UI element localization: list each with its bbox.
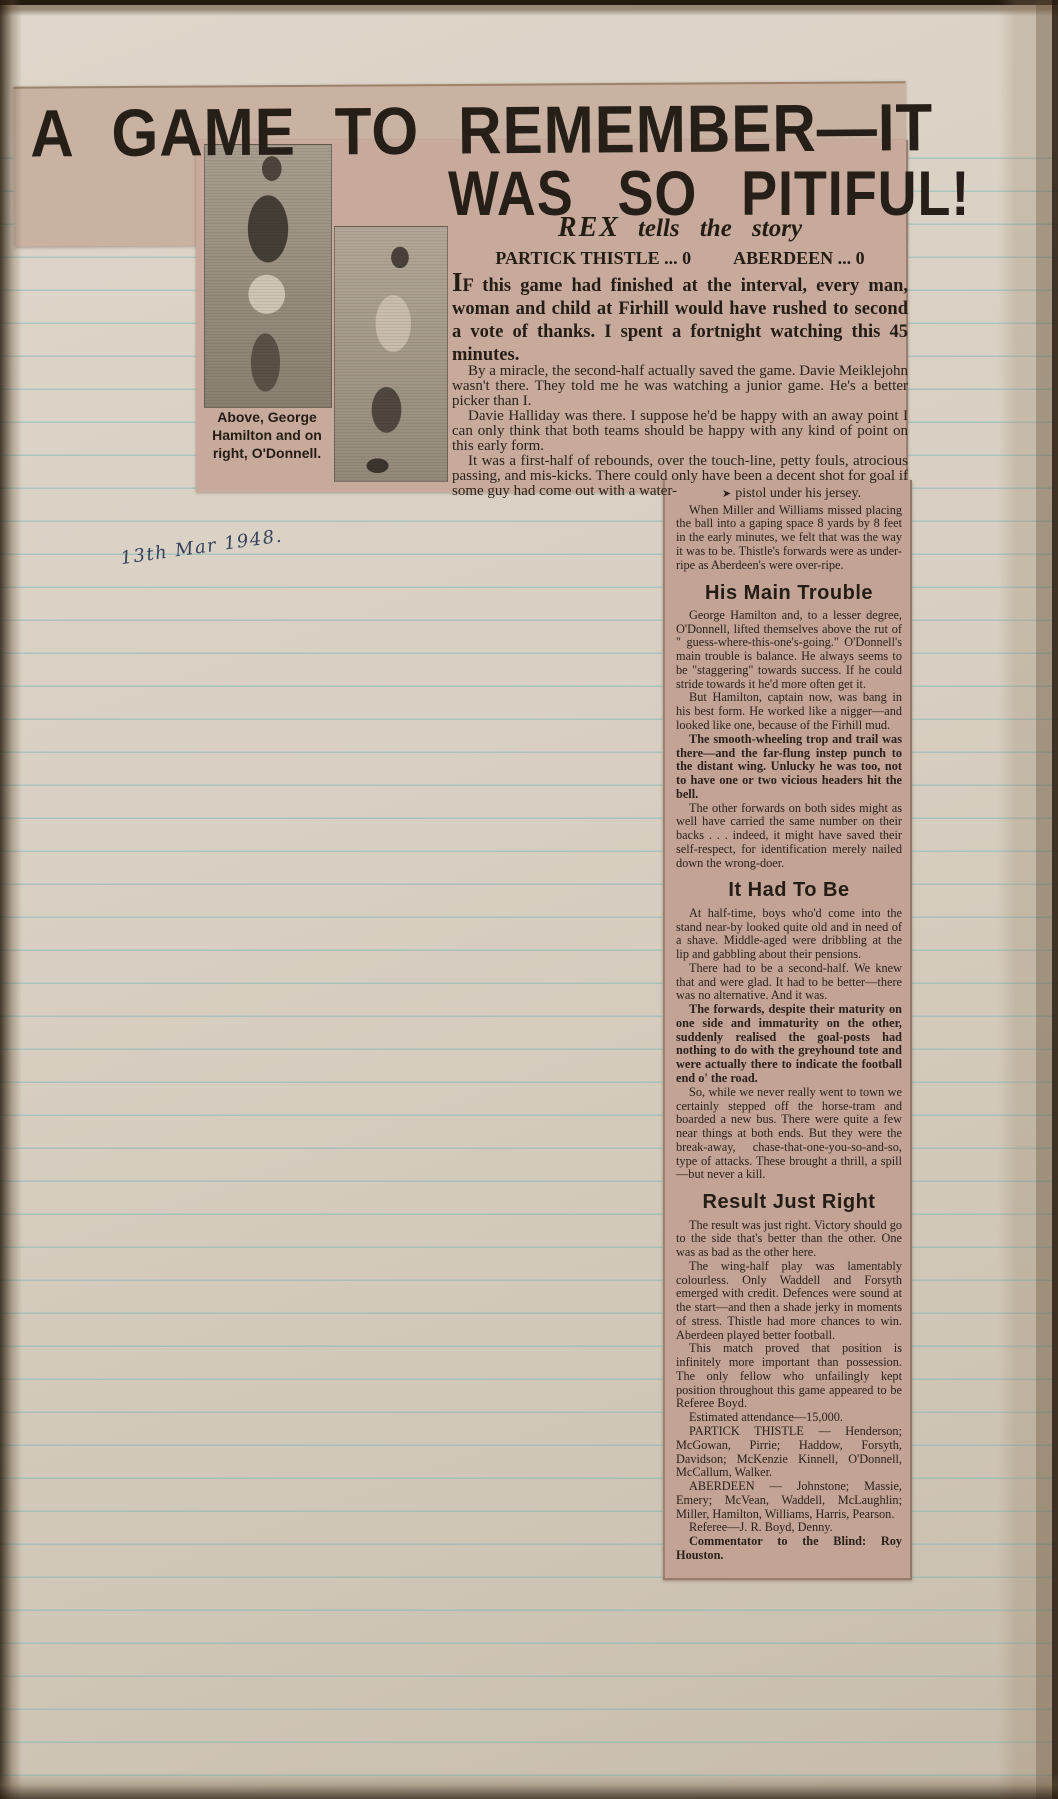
lead-text: F this game had finished at the interval… <box>452 276 908 365</box>
handwritten-date: 13th Mar 1948. <box>119 526 280 569</box>
column-paragraph: When Miller and Williams missed placing … <box>676 504 902 573</box>
book-edge-top <box>0 0 1058 16</box>
book-edge-bottom <box>0 1773 1058 1799</box>
photo-george-hamilton <box>204 144 332 408</box>
column-paragraph: The wing-half play was lamentably colour… <box>676 1260 902 1343</box>
column-paragraph: PARTICK THISTLE — Henderson; McGowan, Pi… <box>676 1425 902 1480</box>
column-paragraph: But Hamilton, captain now, was bang in h… <box>676 691 902 732</box>
byline: REX tells the story <box>452 212 908 244</box>
column-paragraph: The smooth-wheeling trop and trail was t… <box>676 733 902 802</box>
column-paragraph: So, while we never really went to town w… <box>676 1086 902 1182</box>
column-paragraph: There had to be a second-half. We knew t… <box>676 962 902 1003</box>
book-edge-left <box>0 0 22 1799</box>
column-paragraph: The result was just right. Victory shoul… <box>676 1219 902 1260</box>
section-heading-it-had-to-be: It Had To Be <box>676 879 902 901</box>
section-heading-his-main-trouble: His Main Trouble <box>676 582 902 604</box>
article-column: ➤pistol under his jersey. When Miller an… <box>676 486 902 1563</box>
photo-caption: Above, George Hamilton and on right, O'D… <box>198 408 336 463</box>
column-paragraph: The other forwards on both sides might a… <box>676 802 902 871</box>
continuation-line: ➤pistol under his jersey. <box>676 486 902 502</box>
column-paragraph: Commentator to the Blind: Roy Houston. <box>676 1535 902 1563</box>
intro-paragraph: By a miracle, the second-half actually s… <box>452 364 908 409</box>
column-paragraph: This match proved that position is infin… <box>676 1342 902 1411</box>
score-home: PARTICK THISTLE ... 0 <box>495 248 691 269</box>
column-paragraph: At half-time, boys who'd come into the s… <box>676 907 902 962</box>
continuation-marker-icon: ➤ <box>722 488 731 500</box>
scoreline: PARTICK THISTLE ... 0 ABERDEEN ... 0 <box>452 248 908 269</box>
intro-paragraph: Davie Halliday was there. I suppose he'd… <box>452 409 908 454</box>
section-heading-result-just-right: Result Just Right <box>676 1191 902 1213</box>
column-paragraph: George Hamilton and, to a lesser degree,… <box>676 609 902 692</box>
byline-text: tells the story <box>638 215 802 242</box>
photo-odonnell <box>334 226 448 482</box>
byline-name: REX <box>558 212 620 243</box>
scrapbook-page: Above, George Hamilton and on right, O'D… <box>0 0 1058 1799</box>
column-paragraph: Estimated attendance—15,000. <box>676 1411 902 1425</box>
column-paragraph: The forwards, despite their maturity on … <box>676 1003 902 1086</box>
score-away: ABERDEEN ... 0 <box>733 248 865 269</box>
continuation-text: pistol under his jersey. <box>735 486 861 501</box>
lead-initial: I <box>452 267 463 297</box>
lead-paragraph: IF this game had finished at the interva… <box>452 272 908 367</box>
book-edge-right <box>998 0 1058 1799</box>
column-paragraph: Referee—J. R. Boyd, Denny. <box>676 1521 902 1535</box>
intro-paragraphs: By a miracle, the second-half actually s… <box>452 364 908 499</box>
column-paragraph: ABERDEEN — Johnstone; Massie, Emery; McV… <box>676 1480 902 1521</box>
